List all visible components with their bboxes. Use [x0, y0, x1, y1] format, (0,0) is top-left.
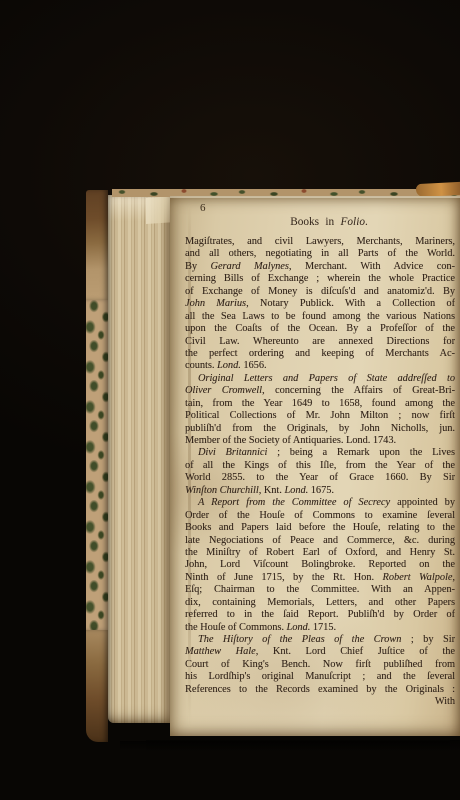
text-line: cerning Bills of Exchange ; wherein the …: [185, 273, 455, 285]
roman-text: World 2855. to the Year of Grace 1660. B…: [185, 472, 455, 483]
roman-text: Civil Law. Whereunto are annexed Directi…: [185, 336, 455, 347]
text-line: John Marius, Notary Publick. With a Coll…: [185, 298, 455, 310]
roman-text: With: [435, 696, 455, 707]
roman-text: late Negociations of Peace and Commerce,…: [185, 535, 455, 546]
text-line: References to the Records examined by th…: [185, 684, 455, 696]
roman-text: of all the Kings of this Iſle, from the …: [185, 460, 455, 471]
italic-text: A Report from the Committee of Secrecy: [198, 497, 390, 508]
page-edges-stack: [108, 195, 170, 723]
roman-text: the Houſe of Commons.: [185, 622, 287, 633]
text-line: late Negociations of Peace and Commerce,…: [185, 535, 455, 547]
roman-text: By: [185, 261, 211, 272]
text-line: publiſh'd from the Originals, by John Ni…: [185, 423, 455, 435]
roman-text: 1715.: [310, 622, 336, 633]
text-line: of Exchange of Money is diſcuſs'd and an…: [185, 286, 455, 298]
roman-text: , Knt. Lord Chief Juſtice of the: [256, 646, 455, 657]
roman-text: Magiſtrates, and civil Lawyers, Merchant…: [185, 236, 455, 247]
text-line: Order of the Houſe of Commons to examine…: [185, 510, 455, 522]
text-line: By Gerard Malynes, Merchant. With Advice…: [185, 261, 455, 273]
roman-text: Court of King's Bench. Now firſt publiſh…: [185, 659, 455, 670]
text-line: Matthew Hale, Knt. Lord Chief Juſtice of…: [185, 646, 455, 658]
text-line: the perfect ordering and keeping of Merc…: [185, 348, 455, 360]
roman-text: 1656.: [241, 360, 267, 371]
roman-text: References to the Records examined by th…: [185, 684, 455, 695]
text-line: Member of the Society of Antiquaries. Lo…: [185, 435, 455, 447]
page-number: 6: [200, 202, 206, 214]
roman-text: Order of the Houſe of Commons to examine…: [185, 510, 455, 521]
roman-text: upon the Coaſts of the Ocean. By a Profe…: [185, 323, 455, 334]
roman-text: referred to in the ſaid Report. Publiſh'…: [185, 609, 455, 620]
roman-text: cerning Bills of Exchange ; wherein the …: [185, 273, 455, 284]
text-block: Magiſtrates, and civil Lawyers, Merchant…: [185, 236, 455, 709]
roman-text: Books in: [290, 216, 340, 228]
text-line: the Miniſtry of Robert Earl of Oxford, a…: [185, 547, 455, 559]
roman-text: , Merchant. With Advice con-: [289, 261, 455, 272]
text-line: Political Collections of Mr. John Milton…: [185, 410, 455, 422]
text-line: Civil Law. Whereunto are annexed Directi…: [185, 336, 455, 348]
italic-text: Lond.: [217, 360, 241, 371]
roman-text: , concerning the Affairs of Great-Bri-: [262, 385, 455, 396]
text-line: the Houſe of Commons. Lond. 1715.: [185, 622, 455, 634]
text-line: all the Sea Laws to be found among the v…: [185, 311, 455, 323]
leather-corner-bottom: [86, 630, 108, 742]
text-line: Oliver Cromwell, concerning the Affairs …: [185, 385, 455, 397]
text-line: upon the Coaſts of the Ocean. By a Profe…: [185, 323, 455, 335]
page-heading: Books in Folio.: [194, 216, 460, 228]
marbled-paper-edge: [86, 300, 108, 630]
text-line: Magiſtrates, and civil Lawyers, Merchant…: [185, 236, 455, 248]
roman-text: ; by Sir: [401, 634, 455, 645]
roman-text: Member of the Society of Antiquaries. Lo…: [185, 435, 396, 446]
roman-text: , Knt.: [259, 485, 285, 496]
roman-text: John, Lord Viſcount Bolingbroke. Reporte…: [185, 559, 455, 570]
text-line: The Hiſtory of the Pleas of the Crown ; …: [185, 634, 455, 646]
roman-text: .: [365, 216, 368, 228]
italic-text: Oliver Cromwell: [185, 385, 262, 396]
text-line: his Lordſhip's original Manuſcript ; and…: [185, 671, 455, 683]
text-line: A Report from the Committee of Secrecy a…: [185, 497, 455, 509]
roman-text: dix, containing Memorials, Letters, and …: [185, 597, 455, 608]
text-line: Divi Britannici ; being a Remark upon th…: [185, 447, 455, 459]
roman-text: of Exchange of Money is diſcuſs'd and an…: [185, 286, 455, 297]
italic-text: John Marius: [185, 298, 246, 309]
roman-text: , Notary Publick. With a Collection of: [246, 298, 455, 309]
roman-text: Political Collections of Mr. John Milton…: [185, 410, 455, 421]
leather-corner-top: [86, 190, 108, 300]
italic-text: Matthew Hale: [185, 646, 256, 657]
italic-text: Gerard Malynes: [211, 261, 289, 272]
text-line: of all the Kings of this Iſle, from the …: [185, 460, 455, 472]
book: 6 Books in Folio. Magiſtrates, and civil…: [86, 186, 460, 744]
roman-text: Books and Papers laid before the Houſe, …: [185, 522, 455, 533]
catchword: With: [185, 696, 455, 708]
roman-text: ; being a Remark upon the Lives: [267, 447, 455, 458]
text-line: counts. Lond. 1656.: [185, 360, 455, 372]
text-line: Ninth of June 1715, by the Rt. Hon. Robe…: [185, 572, 455, 584]
book-page: 6 Books in Folio. Magiſtrates, and civil…: [170, 196, 460, 736]
roman-text: the perfect ordering and keeping of Merc…: [185, 348, 455, 359]
text-line: Original Letters and Papers of State add…: [185, 373, 455, 385]
text-line: dix, containing Memorials, Letters, and …: [185, 597, 455, 609]
text-line: John, Lord Viſcount Bolingbroke. Reporte…: [185, 559, 455, 571]
roman-text: all the Sea Laws to be found among the v…: [185, 311, 455, 322]
roman-text: tain, from the Year 1649 to 1658, found …: [185, 398, 455, 409]
italic-text: Lond.: [284, 485, 308, 496]
roman-text: publiſh'd from the Originals, by John Ni…: [185, 423, 455, 434]
roman-text: 1675.: [308, 485, 334, 496]
roman-text: appointed by: [390, 497, 455, 508]
photo-backdrop: 6 Books in Folio. Magiſtrates, and civil…: [0, 0, 460, 800]
text-line: World 2855. to the Year of Grace 1660. B…: [185, 472, 455, 484]
roman-text: counts.: [185, 360, 217, 371]
italic-text: Folio: [341, 216, 365, 228]
book-cover-edge: [86, 190, 108, 742]
text-line: Winſton Churchill, Knt. Lond. 1675.: [185, 485, 455, 497]
italic-text: Original Letters and Papers of State add…: [198, 373, 455, 384]
italic-text: Lond.: [287, 622, 311, 633]
text-line: Eſq; Chairman to the Committee. With an …: [185, 584, 455, 596]
book-bottom-shadow: [120, 741, 450, 751]
roman-text: Eſq; Chairman to the Committee. With an …: [185, 584, 455, 595]
italic-text: Divi Britannici: [198, 447, 267, 458]
text-line: tain, from the Year 1649 to 1658, found …: [185, 398, 455, 410]
roman-text: the Miniſtry of Robert Earl of Oxford, a…: [185, 547, 455, 558]
text-line: Books and Papers laid before the Houſe, …: [185, 522, 455, 534]
italic-text: The Hiſtory of the Pleas of the Crown: [198, 634, 401, 645]
italic-text: Winſton Churchill: [185, 485, 259, 496]
text-line: referred to in the ſaid Report. Publiſh'…: [185, 609, 455, 621]
roman-text: his Lordſhip's original Manuſcript ; and…: [185, 671, 455, 682]
text-line: and all others, negotiating in all Parts…: [185, 248, 455, 260]
roman-text: and all others, negotiating in all Parts…: [185, 248, 455, 259]
roman-text: Ninth of June 1715, by the Rt. Hon.: [185, 572, 383, 583]
text-line: Court of King's Bench. Now firſt publiſh…: [185, 659, 455, 671]
italic-text: Robert Walpole: [383, 572, 453, 583]
roman-text: ,: [452, 572, 455, 583]
top-right-edge-curl: [416, 182, 460, 197]
